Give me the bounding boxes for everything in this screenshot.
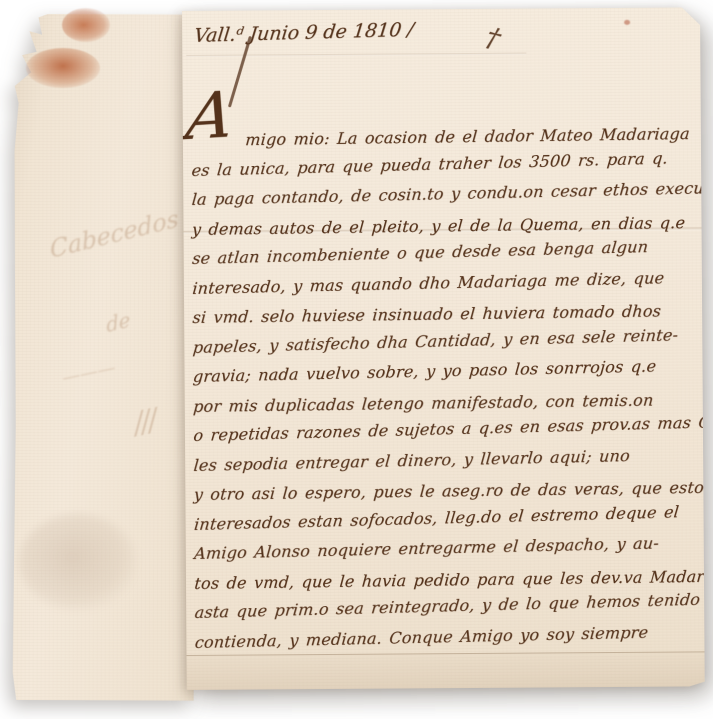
page-paper: Vall.ᵈ Junio 9 de 1810 / † A migo mio: L… — [182, 7, 705, 690]
scan-background: Cabecedosde——— /// Vall.ᵈ Junio 9 de 181… — [0, 0, 713, 719]
bleedthrough-line: ——— — [60, 357, 117, 389]
letter-flap: Cabecedosde——— /// — [13, 14, 196, 701]
wax-seal-stain — [26, 48, 100, 88]
stain-smudge — [19, 514, 137, 610]
letter-page: Vall.ᵈ Junio 9 de 1810 / † A migo mio: L… — [182, 7, 705, 690]
flap-paper: Cabecedosde——— /// — [13, 14, 196, 701]
ink-speck — [624, 20, 630, 25]
bleedthrough-line: de — [105, 307, 131, 337]
letter-body: migo mio: La ocasion de el dador Mateo M… — [191, 127, 699, 662]
bleedthrough-line: Cabecedos — [49, 205, 180, 265]
wax-seal-stain — [62, 8, 110, 42]
